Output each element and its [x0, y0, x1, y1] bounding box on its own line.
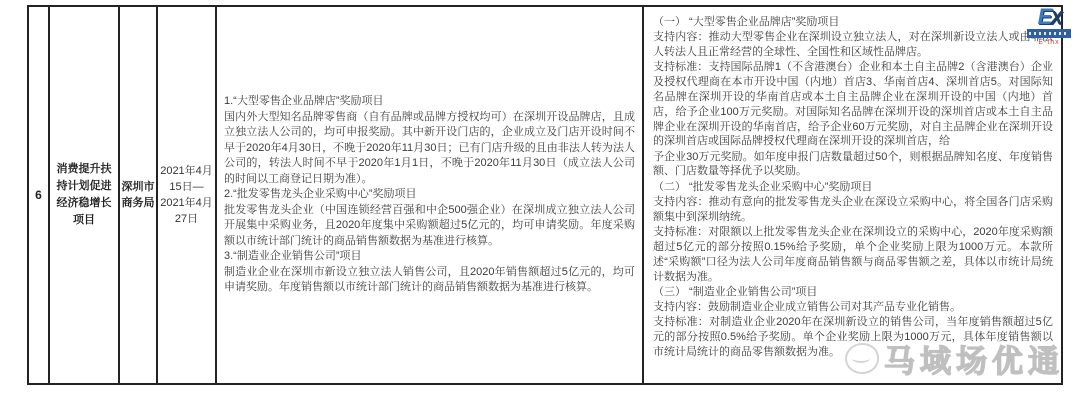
agency-name: 深圳市商务局 [121, 179, 155, 211]
watermark: 马域场优通 [845, 336, 1064, 381]
date-line: 15日— [169, 179, 203, 195]
detail-paragraph: 支持内容：鼓励制造业企业成立销售公司对其产品专业化销售。 [653, 300, 1053, 315]
summary-paragraph: 国内外大型知名品牌零售商（自有品牌或品牌方授权均可）在深圳开设品牌店，且成立独立… [224, 110, 635, 188]
summary-paragraph: 3.“制造业企业销售公司”项目 [224, 249, 635, 265]
brand-logo: EX E-thx [1024, 6, 1074, 46]
detail-paragraph: 支持内容：推动大型零售企业在深圳设立独立法人，对在深圳新设立法人或由非法人转法人… [653, 30, 1053, 60]
project-summary-cell: 1.“大型零售企业品牌店”奖励项目 国内外大型知名品牌零售商（自有品牌或品牌方授… [217, 7, 644, 383]
agency-cell: 深圳市商务局 [120, 7, 158, 383]
project-name: 消费提升扶持计划促进经济稳增长项目 [52, 161, 116, 229]
brand-logo-mark: EX [1024, 6, 1074, 28]
support-detail-cell: （一） “大型零售企业品牌店”奖励项目 支持内容：推动大型零售企业在深圳设立独立… [644, 7, 1061, 383]
detail-paragraph: （三） “制造业企业销售公司”项目 [653, 285, 1053, 300]
summary-paragraph: 1.“大型零售企业品牌店”奖励项目 [224, 94, 635, 110]
summary-paragraph: 批发零售龙头企业（中国连锁经营百强和中企500强企业）在深圳成立独立法人公司开展… [224, 203, 635, 250]
brand-logo-letter-e: E [1038, 4, 1051, 29]
detail-paragraph: 支持标准：对限额以上批发零售龙头企业在深圳设立的采购中心，2020年度采购额超过… [653, 225, 1053, 284]
detail-paragraph: （二） “批发零售龙头企业采购中心”奖励项目 [653, 180, 1053, 195]
watermark-text: 马域场优通 [884, 336, 1064, 381]
row-number: 6 [35, 188, 42, 202]
brand-logo-band [1027, 29, 1071, 38]
watermark-emblem-icon [845, 343, 879, 374]
detail-paragraph: 支持标准：支持国际品牌1（不含港澳台）企业和本土自主品牌2（含港澳台）企业及授权… [653, 60, 1053, 149]
detail-paragraph: 予企业30万元奖励。如年度申报门店数量超过50个，则根据品牌知名度、年度销售额、… [653, 150, 1053, 180]
policy-table-row: 6 消费提升扶持计划促进经济稳增长项目 深圳市商务局 2021年4月 15日— … [27, 5, 1063, 385]
date-line: 2021年4月 [160, 163, 213, 179]
detail-paragraph: （一） “大型零售企业品牌店”奖励项目 [653, 15, 1053, 30]
date-range-cell: 2021年4月 15日— 2021年4月 27日 [158, 7, 217, 383]
detail-paragraph: 支持内容：推动有意向的批发零售龙头企业在深设立采购中心，将全国各门店采购额集中到… [653, 195, 1053, 225]
brand-logo-caption: E-thx [1024, 39, 1074, 46]
date-line: 27日 [175, 211, 198, 227]
project-name-cell: 消费提升扶持计划促进经济稳增长项目 [50, 7, 120, 383]
summary-paragraph: 制造业企业在深圳市新设立独立法人销售公司，且2020年销售额超过5亿元的，均可申… [224, 265, 635, 296]
date-line: 2021年4月 [160, 195, 213, 211]
row-number-cell: 6 [29, 7, 50, 383]
brand-logo-letter-x: X [1050, 8, 1060, 28]
summary-paragraph: 2.“批发零售龙头企业采购中心”奖励项目 [224, 187, 635, 203]
